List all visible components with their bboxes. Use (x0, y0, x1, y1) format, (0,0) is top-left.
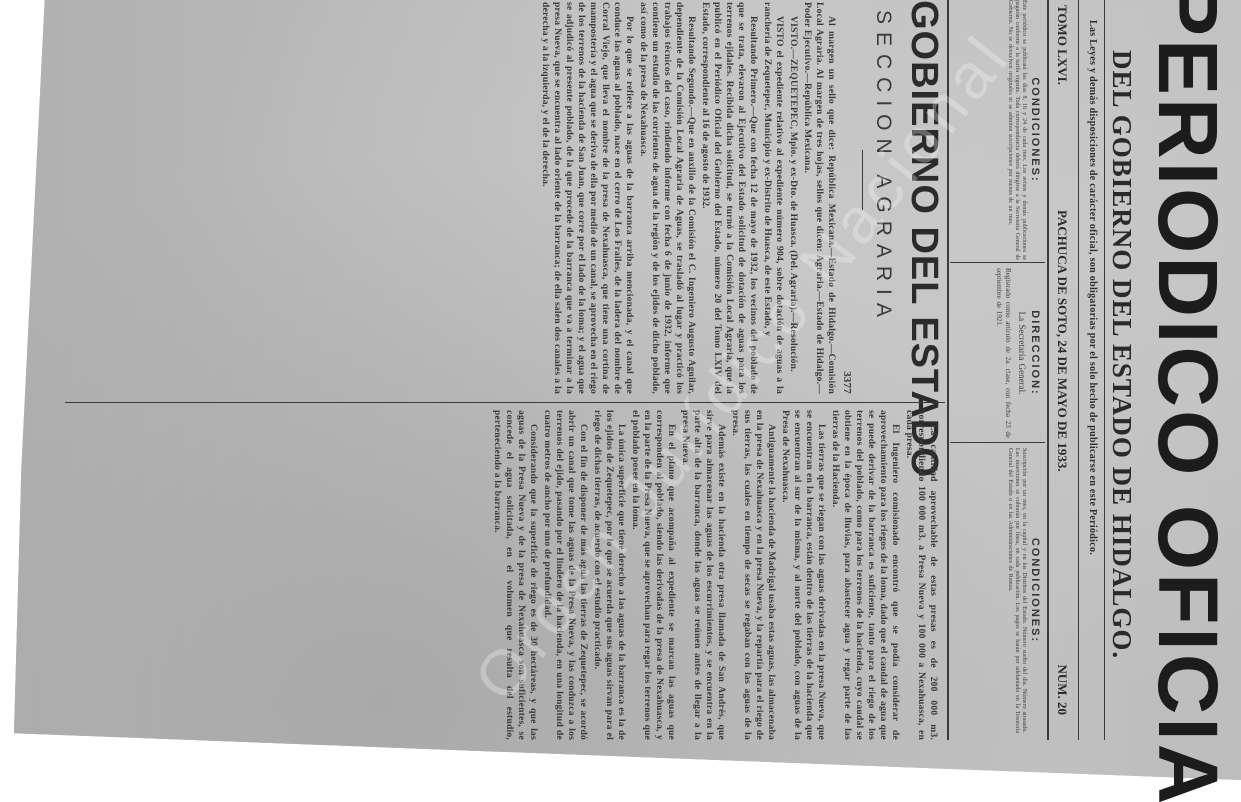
paragraph: VISTO.—ZEQUETEPEC, Mpio. y ex-Dto. de Hu… (787, 2, 799, 394)
paragraph: La única superficie que tiene derecho a … (591, 410, 627, 740)
direction-note: Registrado como artículo de 2a. clase, c… (994, 268, 1012, 438)
divider (950, 442, 1045, 443)
conditions-box-right: CONDICIONES: Suscripción por un mes, en … (950, 448, 1045, 733)
paragraph: La cantidad aprovechable de estas presas… (903, 410, 939, 740)
volume-label: TOMO LXVI. (1054, 5, 1070, 85)
section-subheading: SECCION AGRARIA (871, 10, 895, 400)
paragraph: Considerando que la superficie de riego … (491, 410, 539, 740)
article-column-right: La cantidad aprovechable de estas presas… (49, 410, 939, 740)
paragraph: Por lo que se refiere a las aguas de la … (539, 2, 635, 394)
divider (950, 262, 1045, 263)
conditions-text: Este periódico se publicará los días 8, … (1006, 0, 1027, 260)
direction-text: La Secretaría General. (1016, 268, 1027, 438)
conditions-box-left: CONDICIONES: Este periódico se publicará… (950, 0, 1045, 260)
direction-heading: DIRECCION: (1029, 268, 1041, 438)
paragraph: El Ingeniero comisionado encontró que se… (829, 410, 901, 740)
paragraph: En el plano que acompaña al expediente s… (629, 410, 677, 740)
divider (947, 0, 949, 740)
divider (1078, 0, 1079, 740)
issue-number: NUM. 20 (1054, 664, 1070, 715)
paragraph: Antiguamente la hacienda de Madrigal usa… (729, 410, 777, 740)
direction-box: DIRECCION: La Secretaría General. Regist… (950, 268, 1045, 438)
divider (1047, 0, 1049, 740)
paragraph: Resultando Segundo.—Que en auxilio de la… (637, 2, 697, 394)
conditions-heading: CONDICIONES: (1029, 448, 1041, 733)
section-heading: GOBIERNO DEL ESTADO (897, 0, 945, 400)
paragraph: Las tierras que se riegan con las aguas … (779, 410, 827, 740)
article-column-left: 3377 Al margen un sello que dice: Repúbl… (53, 2, 853, 394)
paragraph: Además existe en la hacienda otra presa … (679, 410, 727, 740)
paragraph: VISTO el expediente relativo al expedien… (761, 2, 785, 394)
masthead-subtitle: DEL GOBIERNO DEL ESTADO DE HIDALGO. (1106, 50, 1137, 650)
rotated-page-content: PERIODICO OFICIAL DEL GOBIERNO DEL ESTAD… (35, 0, 1235, 760)
short-rule (862, 150, 863, 210)
paragraph: Con el fin de disponer de más agua las t… (541, 410, 589, 740)
paragraph: Al margen un sello que dice: República M… (801, 2, 837, 394)
article-number: 3377 (841, 2, 853, 394)
column-divider (65, 402, 945, 403)
dateline: TOMO LXVI. PACHUCA DE SOTO, 24 DE MAYO D… (1052, 5, 1070, 725)
masthead-title: PERIODICO OFICIAL (1140, 0, 1235, 740)
conditions-text: Suscripción por un mes, en la capital y … (1006, 448, 1027, 733)
paragraph: Resultando Primero.—Que con fecha 12 de … (699, 2, 759, 394)
official-notice: Las Leyes y demás disposiciones de carác… (1087, 20, 1098, 700)
conditions-heading: CONDICIONES: (1029, 0, 1041, 260)
divider (1104, 0, 1105, 740)
place-date: PACHUCA DE SOTO, 24 DE MAYO DE 1933. (1054, 210, 1070, 472)
